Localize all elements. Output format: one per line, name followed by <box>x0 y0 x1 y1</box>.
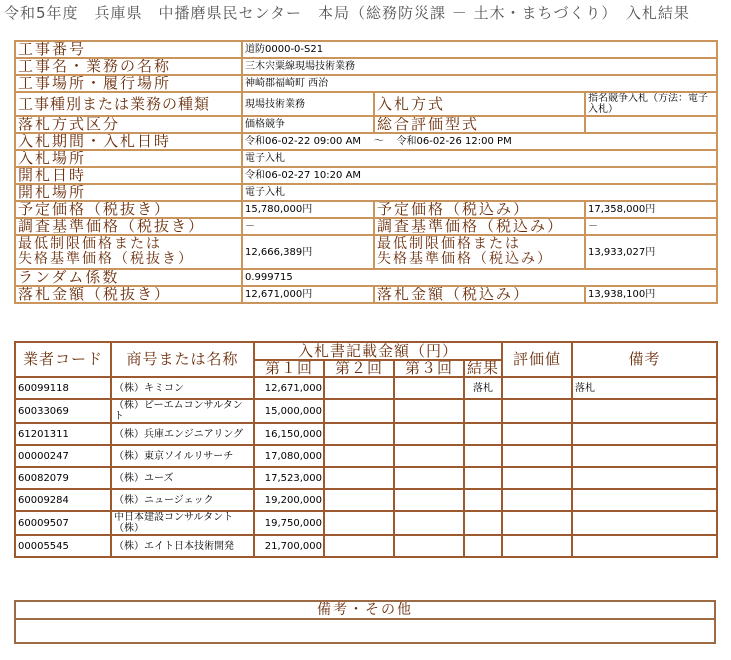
table-row: 00000247（株）東京ソイルリサーチ17,080,000 <box>15 445 717 467</box>
col-name: 商号または名称 <box>111 342 254 377</box>
remarks-table: 備考・その他 <box>14 600 716 644</box>
label: 最低制限価格または失格基準価格（税抜き） <box>15 235 242 269</box>
label: 工事名・業務の名称 <box>15 58 242 75</box>
value: 指名競争入札（方法：電子入札） <box>585 92 717 116</box>
value: 15,780,000円 <box>242 201 374 218</box>
cell-round3 <box>394 511 464 535</box>
value: 13,933,027円 <box>585 235 717 269</box>
cell-result: 落札 <box>464 377 502 399</box>
value: 12,671,000円 <box>242 286 374 303</box>
cell-round1: 19,200,000 <box>254 489 324 511</box>
cell-code: 00000247 <box>15 445 111 467</box>
cell-note <box>572 535 717 557</box>
cell-code: 60009284 <box>15 489 111 511</box>
remarks-header: 備考・その他 <box>15 601 715 619</box>
label-line1: 最低制限価格または <box>18 237 239 252</box>
value: 道防0000-0-S21 <box>242 41 717 58</box>
col-round1: 第１回 <box>254 360 324 377</box>
cell-round3 <box>394 423 464 445</box>
value: 12,666,389円 <box>242 235 374 269</box>
label: 落札方式区分 <box>15 116 242 133</box>
info-row-award-method: 落札方式区分 価格競争 総合評価型式 <box>15 116 717 133</box>
cell-code: 61201311 <box>15 423 111 445</box>
cell-round2 <box>324 511 394 535</box>
value: 価格競争 <box>242 116 374 133</box>
cell-note <box>572 423 717 445</box>
cell-score <box>502 489 572 511</box>
label: 開札日時 <box>15 167 242 184</box>
label: 予定価格（税込み） <box>374 201 585 218</box>
cell-round2 <box>324 399 394 423</box>
value: 電子入札 <box>242 150 717 167</box>
cell-name: （株）兵庫エンジニアリング <box>111 423 254 445</box>
label: 総合評価型式 <box>374 116 585 133</box>
cell-score <box>502 511 572 535</box>
cell-name: （株）ニュージェック <box>111 489 254 511</box>
info-row-opening-place: 開札場所 電子入札 <box>15 184 717 201</box>
cell-result <box>464 445 502 467</box>
bid-start: 令和06-02-22 09:00 AM <box>245 136 361 147</box>
cell-round3 <box>394 377 464 399</box>
cell-round3 <box>394 445 464 467</box>
cell-round2 <box>324 377 394 399</box>
cell-score <box>502 535 572 557</box>
info-row-award-amount: 落札金額（税抜き） 12,671,000円 落札金額（税込み） 13,938,1… <box>15 286 717 303</box>
cell-note <box>572 489 717 511</box>
label: 落札金額（税込み） <box>374 286 585 303</box>
cell-code: 60099118 <box>15 377 111 399</box>
cell-note: 落札 <box>572 377 717 399</box>
cell-score <box>502 423 572 445</box>
info-row-random-coef: ランダム係数 0.999715 <box>15 269 717 286</box>
cell-round3 <box>394 535 464 557</box>
cell-name: （株）ユーズ <box>111 467 254 489</box>
cell-score <box>502 445 572 467</box>
label: 入札期間・入札日時 <box>15 133 242 150</box>
cell-round1: 17,080,000 <box>254 445 324 467</box>
cell-round2 <box>324 489 394 511</box>
project-info-table: 工事番号 道防0000-0-S21 工事名・業務の名称 三木宍粟線現場技術業務 … <box>14 40 718 304</box>
col-note: 備考 <box>572 342 717 377</box>
col-round2: 第２回 <box>324 360 394 377</box>
value: 13,938,100円 <box>585 286 717 303</box>
cell-round3 <box>394 467 464 489</box>
info-row-bid-place: 入札場所 電子入札 <box>15 150 717 167</box>
cell-round3 <box>394 399 464 423</box>
cell-round1: 19,750,000 <box>254 511 324 535</box>
cell-round2 <box>324 423 394 445</box>
header-row: 業者コード 商号または名称 入札書記載金額（円） 評価値 備考 <box>15 342 717 360</box>
cell-code: 60033069 <box>15 399 111 423</box>
cell-code: 60082079 <box>15 467 111 489</box>
cell-note <box>572 467 717 489</box>
cell-round2 <box>324 445 394 467</box>
value: 電子入札 <box>242 184 717 201</box>
table-row: 60009284（株）ニュージェック19,200,000 <box>15 489 717 511</box>
label: 入札方式 <box>374 92 585 116</box>
cell-result <box>464 489 502 511</box>
cell-result <box>464 467 502 489</box>
value: 令和06-02-27 10:20 AM <box>242 167 717 184</box>
cell-result <box>464 399 502 423</box>
label: 工事場所・履行場所 <box>15 75 242 92</box>
cell-result <box>464 535 502 557</box>
info-row-bid-period: 入札期間・入札日時 令和06-02-22 09:00 AM ～ 令和06-02-… <box>15 133 717 150</box>
label: 調査基準価格（税込み） <box>374 218 585 235</box>
label: 開札場所 <box>15 184 242 201</box>
label-line2: 失格基準価格（税込み） <box>377 252 582 267</box>
bid-end: 令和06-02-26 12:00 PM <box>396 136 511 147</box>
table-row: 61201311（株）兵庫エンジニアリング16,150,000 <box>15 423 717 445</box>
cell-round1: 16,150,000 <box>254 423 324 445</box>
cell-note <box>572 511 717 535</box>
col-code: 業者コード <box>15 342 111 377</box>
label: 工事種別または業務の種類 <box>15 92 242 116</box>
label: 工事番号 <box>15 41 242 58</box>
cell-round2 <box>324 467 394 489</box>
cell-round2 <box>324 535 394 557</box>
separator: ～ <box>374 136 384 147</box>
value: 0.999715 <box>242 269 717 286</box>
info-row-min-price: 最低制限価格または失格基準価格（税抜き） 12,666,389円 最低制限価格ま… <box>15 235 717 269</box>
value: 三木宍粟線現場技術業務 <box>242 58 717 75</box>
col-score: 評価値 <box>502 342 572 377</box>
label: ランダム係数 <box>15 269 242 286</box>
table-row: 60009507中日本建設コンサルタント（株）19,750,000 <box>15 511 717 535</box>
remarks-body <box>15 619 715 643</box>
table-row: 60099118（株）キミコン12,671,000落札落札 <box>15 377 717 399</box>
cell-score <box>502 377 572 399</box>
info-row-planned-price: 予定価格（税抜き） 15,780,000円 予定価格（税込み） 17,358,0… <box>15 201 717 218</box>
cell-result <box>464 511 502 535</box>
cell-code: 00005545 <box>15 535 111 557</box>
cell-name: （株）東京ソイルリサーチ <box>111 445 254 467</box>
col-result: 結果 <box>464 360 502 377</box>
value: 現場技術業務 <box>242 92 374 116</box>
label-line2: 失格基準価格（税抜き） <box>18 252 239 267</box>
info-row-type: 工事種別または業務の種類 現場技術業務 入札方式 指名競争入札（方法：電子入札） <box>15 92 717 116</box>
cell-result <box>464 423 502 445</box>
cell-round1: 17,523,000 <box>254 467 324 489</box>
table-row: 60033069（株）ピーエムコンサルタント15,000,000 <box>15 399 717 423</box>
bid-results-table: 業者コード 商号または名称 入札書記載金額（円） 評価値 備考 第１回 第２回 … <box>14 341 718 558</box>
cell-name: 中日本建設コンサルタント（株） <box>111 511 254 535</box>
label: 落札金額（税抜き） <box>15 286 242 303</box>
label: 予定価格（税抜き） <box>15 201 242 218</box>
value: 令和06-02-22 09:00 AM ～ 令和06-02-26 12:00 P… <box>242 133 717 150</box>
cell-round1: 12,671,000 <box>254 377 324 399</box>
value: 17,358,000円 <box>585 201 717 218</box>
value: － <box>242 218 374 235</box>
label: 調査基準価格（税抜き） <box>15 218 242 235</box>
value <box>585 116 717 133</box>
cell-name: （株）キミコン <box>111 377 254 399</box>
table-row: 60082079（株）ユーズ17,523,000 <box>15 467 717 489</box>
cell-round1: 15,000,000 <box>254 399 324 423</box>
cell-round1: 21,700,000 <box>254 535 324 557</box>
cell-score <box>502 467 572 489</box>
cell-note <box>572 445 717 467</box>
info-row-survey-price: 調査基準価格（税抜き） － 調査基準価格（税込み） － <box>15 218 717 235</box>
cell-round3 <box>394 489 464 511</box>
table-row: 00005545（株）エイト日本技術開発21,700,000 <box>15 535 717 557</box>
col-round3: 第３回 <box>394 360 464 377</box>
cell-note <box>572 399 717 423</box>
value: 神崎郡福崎町 西治 <box>242 75 717 92</box>
cell-name: （株）エイト日本技術開発 <box>111 535 254 557</box>
label: 最低制限価格または失格基準価格（税込み） <box>374 235 585 269</box>
info-row-location: 工事場所・履行場所 神崎郡福崎町 西治 <box>15 75 717 92</box>
cell-code: 60009507 <box>15 511 111 535</box>
label-line1: 最低制限価格または <box>377 237 582 252</box>
value: － <box>585 218 717 235</box>
info-row-project-name: 工事名・業務の名称 三木宍粟線現場技術業務 <box>15 58 717 75</box>
info-row-construction-no: 工事番号 道防0000-0-S21 <box>15 41 717 58</box>
page-title: 令和5年度 兵庫県 中播磨県民センター 本局（総務防災課 － 土木・まちづくり）… <box>4 6 724 21</box>
cell-name: （株）ピーエムコンサルタント <box>111 399 254 423</box>
label: 入札場所 <box>15 150 242 167</box>
col-amount: 入札書記載金額（円） <box>254 342 502 360</box>
info-row-opening-date: 開札日時 令和06-02-27 10:20 AM <box>15 167 717 184</box>
cell-score <box>502 399 572 423</box>
